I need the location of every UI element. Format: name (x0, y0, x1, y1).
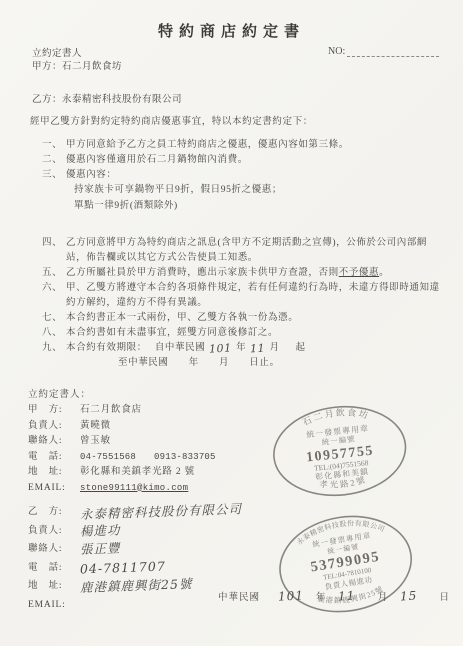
clause-3-text: 優惠內容： (66, 168, 447, 183)
party-a-address-label: 地 址: (28, 465, 80, 481)
contract-number-blank (347, 46, 439, 57)
clause-5-text-post: 。 (379, 268, 389, 278)
party-a-contact-value: 曾玉敏 (80, 434, 288, 450)
clause-8-number: 八、 (42, 326, 66, 341)
clause-7-number: 七、 (42, 311, 66, 326)
party-b-contact-label: 聯絡人: (28, 541, 80, 560)
clause-2-text: 優惠內容僅適用於石二月鍋物館內消費。 (66, 153, 447, 168)
party-b-owner-label: 負責人: (28, 523, 80, 542)
validity-from-prefix: 自中華民國 (155, 341, 206, 356)
date-day-unit: 日 (440, 589, 451, 603)
validity-from-year-handwritten: 101 (205, 340, 237, 357)
party-a-header-line: 甲方：石二月飲食坊 (32, 61, 122, 74)
clause-3: 三、 優惠內容： (42, 168, 447, 183)
party-b-phone-label: 電 話: (28, 560, 80, 579)
party-a-name-row: 甲 方: 石二月飲食店 (28, 403, 288, 419)
clause-6-number: 六、 (42, 281, 66, 311)
stamp-b-seal-graphic: 永泰精密科技股份有限公司 統一發票專用章 統一編號 53799095 TEL:0… (269, 504, 423, 625)
clause-9-number: 九、 (42, 341, 66, 356)
party-a-address-row: 地 址: 彰化縣和美鎮孝光路 2 號 (28, 465, 288, 481)
clause-2-number: 二、 (42, 153, 66, 168)
clause-1: 一、 甲方同意給予乙方之員工特約商店之優惠，優惠內容如第三條。 (42, 138, 447, 153)
party-a-contact-row: 聯絡人: 曾玉敏 (28, 434, 288, 450)
party-b-contact-handwritten: 張正豐 (80, 540, 121, 558)
validity-from-month-handwritten: 11 (246, 340, 270, 356)
clause-4-text: 乙方同意將甲方為特約商店之訊息(含甲方不定期活動之宣傳)，公佈於公司內部網站，佈… (66, 236, 446, 266)
clause-8-text: 本合約書如有未盡事宜，經雙方同意後修訂之。 (66, 326, 446, 341)
clauses-4-to-9: 四、 乙方同意將甲方為特約商店之訊息(含甲方不定期活動之宣傳)，公佈於公司內部網… (42, 236, 446, 371)
party-a-owner-value: 黃曉微 (80, 419, 288, 435)
party-b-name-label: 乙 方: (28, 504, 80, 523)
validity-year-unit: 年 (236, 341, 246, 356)
clause-4: 四、 乙方同意將甲方為特約商店之訊息(含甲方不定期活動之宣傳)，公佈於公司內部網… (42, 236, 446, 266)
party-a-contact-label: 聯絡人: (28, 434, 80, 450)
party-a-email-label: EMAIL: (28, 481, 80, 497)
party-b-name-row: 乙 方: 永泰精密科技股份有限公司 (28, 504, 288, 523)
validity-to-line: 至中華民國 年 月 日止。 (42, 356, 446, 371)
date-year-handwritten: 101 (274, 588, 309, 604)
party-b-name-handwritten: 永泰精密科技股份有限公司 (80, 501, 242, 523)
clause-6-text: 甲、乙雙方將遵守本合約各項條件規定，若有任何違約行為時，未違方得即時通知違約方解… (66, 281, 446, 311)
clause-3-details: 持家族卡可享鍋物平日9折，假日95折之優惠； 單點一律9折(酒類除外) (74, 183, 282, 214)
date-day-handwritten: 15 (396, 588, 422, 603)
party-a-phone-row: 電 話: 04-75515680913-833705 (28, 450, 288, 466)
validity-label: 本合約有效期限： (66, 341, 147, 356)
clause-1-number: 一、 (42, 138, 66, 153)
party-b-contact-row: 聯絡人: 張正豐 (28, 541, 288, 560)
party-a-owner-row: 負責人: 黃曉微 (28, 419, 288, 435)
preamble: 經甲乙雙方針對約定特約商店優惠事宜，特以本約定書約定下： (30, 113, 442, 127)
party-a-phone-value: 04-7551568 (80, 452, 136, 462)
discount-detail-line-2: 單點一律9折(酒類除外) (74, 199, 282, 215)
date-month-handwritten: 11 (334, 588, 360, 603)
scanned-contract-page: 特約商店約定書 NO: 立約定書人 甲方：石二月飲食坊 乙方：永泰精密科技股份有… (0, 0, 463, 646)
clause-6: 六、 甲、乙雙方將遵守本合約各項條件規定，若有任何違約行為時，未違方得即時通知違… (42, 281, 446, 311)
party-a-heading: 立約定書人： (28, 386, 288, 400)
party-b-phone-row: 電 話: 04-7811707 (28, 560, 288, 579)
date-era-label: 中華民國 (218, 589, 260, 603)
party-a-phone-label: 電 話: (28, 450, 80, 466)
clauses-1-to-3: 一、 甲方同意給予乙方之員工特約商店之優惠，優惠內容如第三條。 二、 優惠內容僅… (42, 138, 447, 183)
party-a-owner-label: 負責人: (28, 419, 80, 435)
validity-month-unit: 月 (269, 341, 279, 356)
contract-number-line: NO: (328, 46, 439, 57)
party-a-email-value: stone99111@kimo.com (80, 481, 288, 497)
party-b-company-stamp: 永泰精密科技股份有限公司 統一發票專用章 統一編號 53799095 TEL:0… (269, 504, 424, 630)
party-a-name-value: 石二月飲食店 (80, 403, 288, 419)
validity-from-suffix: 起 (296, 341, 306, 356)
party-b-header-line: 乙方：永泰精密科技股份有限公司 (32, 94, 182, 107)
party-b-owner-row: 負責人: 楊進功 (28, 523, 288, 542)
party-a-mobile-value: 0913-833705 (154, 452, 216, 462)
clause-5-text: 乙方所屬社員於甲方消費時，應出示家族卡供甲方查證，否則不予優惠。 (66, 266, 446, 281)
party-a-company-stamp: 石二月飲食坊 統一發票專用章 統一編號 10957755 TEL:(04)755… (265, 397, 415, 511)
date-month-unit: 月 (378, 589, 389, 603)
party-b-phone-handwritten: 04-7811707 (80, 558, 166, 577)
stamp-a-seal-graphic: 石二月飲食坊 統一發票專用章 統一編號 10957755 TEL:(04)755… (265, 397, 414, 506)
party-b-owner-handwritten: 楊進功 (80, 522, 121, 540)
clause-5-text-underlined: 不予優惠 (339, 268, 379, 278)
party-a-email-row: EMAIL: stone99111@kimo.com (28, 481, 288, 497)
clause-3-number: 三、 (42, 168, 66, 183)
clause-5-text-pre: 乙方所屬社員於甲方消費時，應出示家族卡供甲方查證，否則 (66, 268, 339, 278)
clause-7: 七、 本合約書正本一式兩份，甲、乙雙方各執一份為憑。 (42, 311, 446, 326)
clause-5: 五、 乙方所屬社員於甲方消費時，應出示家族卡供甲方查證，否則不予優惠。 (42, 266, 446, 281)
party-a-signature-block: 立約定書人： 甲 方: 石二月飲食店 負責人: 黃曉微 聯絡人: 曾玉敏 電 話… (28, 386, 288, 496)
party-a-address-value: 彰化縣和美鎮孝光路 2 號 (80, 465, 288, 481)
party-b-email-label: EMAIL: (28, 597, 80, 614)
clause-2: 二、 優惠內容僅適用於石二月鍋物館內消費。 (42, 153, 447, 168)
clause-9-validity: 九、 本合約有效期限： 自中華民國 101 年 11 月 起 (42, 341, 446, 356)
party-a-name-label: 甲 方: (28, 403, 80, 419)
signing-date-line: 中華民國 101 年 11 月 15 日 (218, 589, 450, 603)
contract-number-label: NO: (328, 46, 345, 57)
date-year-unit: 年 (316, 589, 327, 603)
parties-caption: 立約定書人 (32, 48, 82, 61)
clause-5-number: 五、 (42, 266, 66, 281)
clause-7-text: 本合約書正本一式兩份，甲、乙雙方各執一份為憑。 (66, 311, 446, 326)
party-b-address-handwritten: 鹿港鎮鹿興街25號 (80, 576, 193, 596)
clause-8: 八、 本合約書如有未盡事宜，經雙方同意後修訂之。 (42, 326, 446, 341)
party-b-address-label: 地 址: (28, 578, 80, 597)
document-title: 特約商店約定書 (0, 20, 463, 41)
discount-detail-line-1: 持家族卡可享鍋物平日9折，假日95折之優惠； (74, 183, 282, 199)
clause-1-text: 甲方同意給予乙方之員工特約商店之優惠，優惠內容如第三條。 (66, 138, 447, 153)
clause-4-number: 四、 (42, 236, 66, 266)
